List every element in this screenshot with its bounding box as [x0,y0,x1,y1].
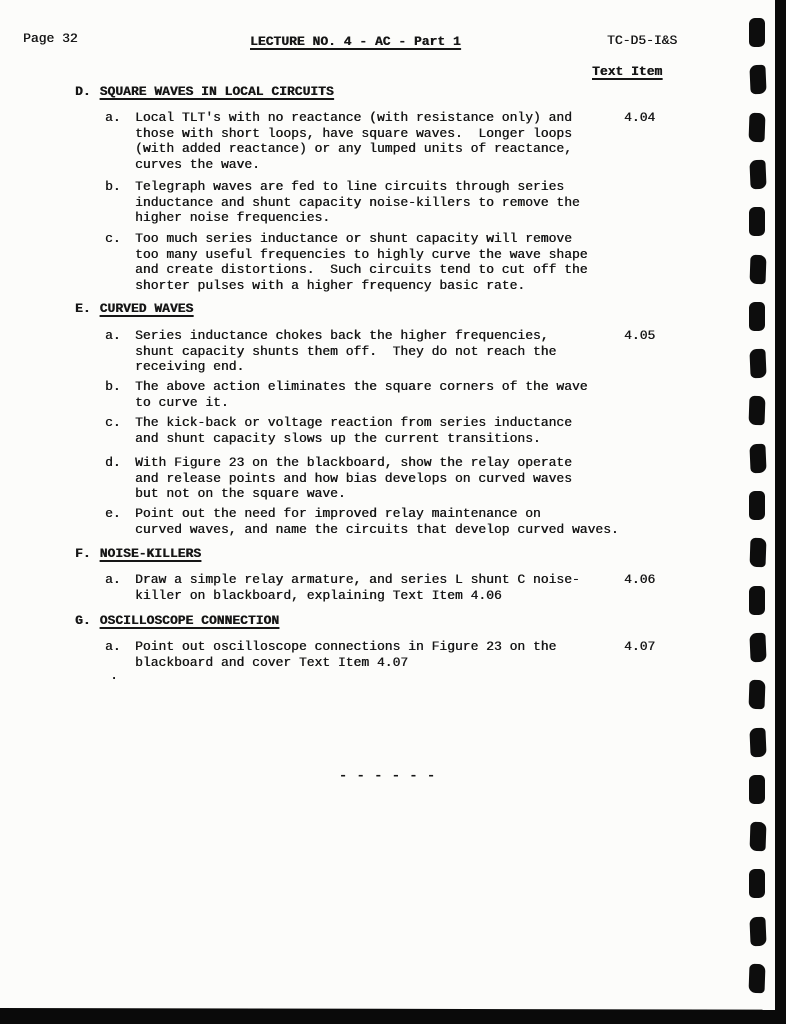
item-letter: a. [105,110,135,126]
section-heading-d: D.SQUARE WAVES IN LOCAL CIRCUITS [75,84,334,100]
binding-hole-mark [749,822,766,852]
binding-hole-mark [749,916,766,946]
section-heading: CURVED WAVES [100,301,194,317]
binding-hole-mark [749,207,765,236]
binding-hole-mark [748,680,765,710]
binding-hole-mark [749,491,765,520]
item-letter: a. [105,572,135,588]
item-letter: c. [105,415,135,431]
item-text: Too much series inductance or shunt capa… [135,231,587,293]
binding-hole-mark [749,18,765,47]
item-text: Draw a simple relay armature, and series… [135,572,580,603]
binding-hole-mark [749,443,766,473]
binding-hole-mark [749,302,765,331]
list-item: a. Local TLT's with no reactance (with r… [105,110,572,172]
item-text: The kick-back or voltage reaction from s… [135,415,572,446]
list-item: a. Point out oscilloscope connections in… [105,639,556,670]
list-item: d. With Figure 23 on the blackboard, sho… [105,455,572,502]
item-letter: a. [105,639,135,655]
item-text: Local TLT's with no reactance (with resi… [135,110,572,172]
list-item: a. Series inductance chokes back the hig… [105,328,556,375]
binding-hole-mark [749,869,765,898]
text-item-number: 4.04 [624,110,655,126]
binding-hole-mark [749,727,766,757]
list-item: c. Too much series inductance or shunt c… [105,231,587,293]
item-letter: c. [105,231,135,247]
doc-code: TC-D5-I&S [607,33,677,49]
list-item: b. The above action eliminates the squar… [105,379,587,410]
item-letter: d. [105,455,135,471]
text-item-number: 4.05 [624,328,655,344]
item-text: Series inductance chokes back the higher… [135,328,556,375]
binding-hole-mark [749,538,766,568]
list-item: e. Point out the need for improved relay… [105,506,619,537]
document-page: Page 32 LECTURE NO. 4 - AC - Part 1 TC-D… [0,0,786,1024]
section-heading-f: F.NOISE-KILLERS [75,546,201,562]
binding-hole-mark [749,633,766,663]
section-heading: SQUARE WAVES IN LOCAL CIRCUITS [100,84,334,100]
scan-bottom-bar [0,1008,786,1024]
page-number: Page 32 [23,31,78,47]
text-item-number: 4.06 [624,572,655,588]
binding-hole-mark [748,396,765,426]
list-item: b. Telegraph waves are fed to line circu… [105,179,580,226]
page-title: LECTURE NO. 4 - AC - Part 1 [250,34,461,50]
end-separator: - - - - - - [339,768,436,784]
binding-hole-mark [749,349,766,379]
list-item: c. The kick-back or voltage reaction fro… [105,415,572,446]
section-letter: E. [75,301,91,317]
binding-hole-mark [749,775,765,804]
section-letter: G. [75,613,91,629]
section-letter: D. [75,84,91,100]
item-text: Point out oscilloscope connections in Fi… [135,639,556,670]
item-text: Point out the need for improved relay ma… [135,506,619,537]
item-text: The above action eliminates the square c… [135,379,587,410]
list-item: a. Draw a simple relay armature, and ser… [105,572,580,603]
text-item-column-header: Text Item [592,64,662,80]
section-heading-e: E.CURVED WAVES [75,301,193,317]
section-heading-g: G.OSCILLOSCOPE CONNECTION [75,613,279,629]
stray-dot-mark: . [110,668,118,684]
item-letter: b. [105,179,135,195]
text-item-number: 4.07 [624,639,655,655]
item-text: With Figure 23 on the blackboard, show t… [135,455,572,502]
binding-hole-mark [749,160,766,190]
binding-hole-mark [748,112,765,142]
binding-hole-mark [749,254,766,284]
binding-hole-mark [749,586,765,615]
scan-edge-strip [775,0,786,1024]
binding-hole-mark [749,65,766,95]
section-heading: NOISE-KILLERS [100,546,201,562]
section-heading: OSCILLOSCOPE CONNECTION [100,613,279,629]
item-letter: a. [105,328,135,344]
item-letter: e. [105,506,135,522]
binding-hole-mark [748,964,765,994]
item-letter: b. [105,379,135,395]
section-letter: F. [75,546,91,562]
item-text: Telegraph waves are fed to line circuits… [135,179,580,226]
